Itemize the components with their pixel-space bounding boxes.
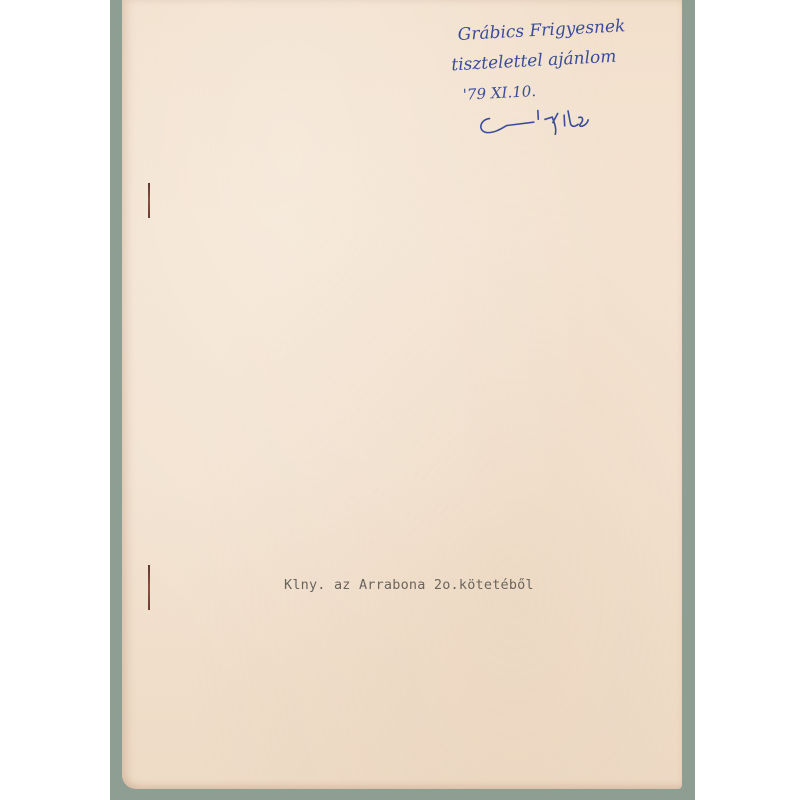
offprint-note: Klny. az Arrabona 2o.kötetéből <box>284 577 584 593</box>
staple-top <box>148 183 150 218</box>
booklet-cover: Grábics Frigyesnek tisztelettel ajánlom … <box>122 0 682 789</box>
staple-bottom <box>148 565 150 610</box>
signature-icon <box>472 103 603 140</box>
handwritten-dedication: Grábics Frigyesnek tisztelettel ajánlom … <box>457 7 703 149</box>
